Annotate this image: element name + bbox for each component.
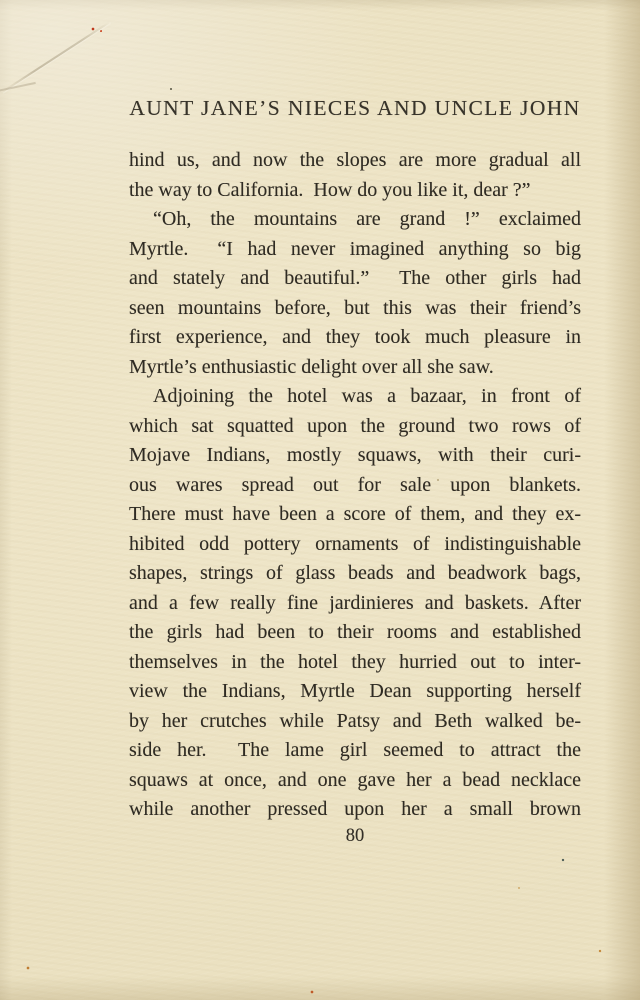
scanned-book-page: AUNT JANE’S NIECES AND UNCLE JOHN hind u… (0, 0, 640, 1000)
text-line: squaws at once, and one gave her a bead … (129, 766, 581, 796)
text-line: by her crutches while Patsy and Beth wal… (129, 707, 581, 737)
text-line: the girls had been to their rooms and es… (129, 618, 581, 648)
text-line: side her. The lame girl seemed to attrac… (129, 736, 581, 766)
text-line: Myrtle. “I had never imagined anything s… (129, 235, 581, 265)
text-line: Myrtle’s enthusiastic delight over all s… (129, 353, 581, 383)
text-line: hind us, and now the slopes are more gra… (129, 146, 581, 176)
text-line: Mojave Indians, mostly squaws, with thei… (129, 441, 581, 471)
paper-crease (2, 21, 110, 92)
text-line: first experience, and they took much ple… (129, 323, 581, 353)
text-line: and a few really fine jardinieres and ba… (129, 589, 581, 619)
text-line: There must have been a score of them, an… (129, 500, 581, 530)
text-line: themselves in the hotel they hurried out… (129, 648, 581, 678)
text-line: shapes, strings of glass beads and beadw… (129, 559, 581, 589)
text-line: hibited odd pottery ornaments of indisti… (129, 530, 581, 560)
text-line: Adjoining the hotel was a bazaar, in fro… (129, 382, 581, 412)
text-line: “Oh, the mountains are grand !” exclaime… (129, 205, 581, 235)
running-header: AUNT JANE’S NIECES AND UNCLE JOHN (128, 95, 582, 121)
text-line: the way to California. How do you like i… (129, 176, 581, 206)
text-line: ous wares spread out for sale upon blank… (129, 471, 581, 501)
text-line: seen mountains before, but this was thei… (129, 294, 581, 324)
page-number: 80 (128, 821, 582, 851)
text-line: and stately and beautiful.” The other gi… (129, 264, 581, 294)
text-line: which sat squatted upon the ground two r… (129, 412, 581, 442)
text-line: view the Indians, Myrtle Dean supporting… (129, 677, 581, 707)
body-text: hind us, and now the slopes are more gra… (129, 146, 581, 825)
